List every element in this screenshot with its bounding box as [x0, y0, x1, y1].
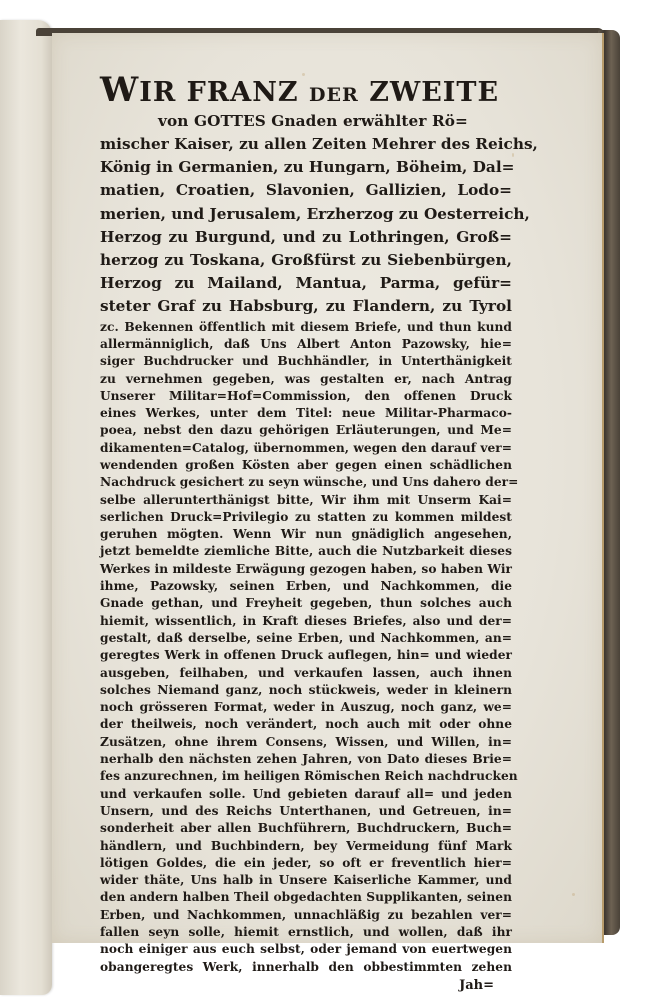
body-line: fallen seyn solle, hiemit ernstlich, und…	[100, 924, 512, 941]
title-line: Herzog zu Mailand, Mantua, Parma, gefür=	[100, 272, 512, 295]
heading-word: DER	[309, 84, 359, 106]
body-line: wider thäte, Uns halb in Unsere Kaiserli…	[100, 872, 512, 889]
title-line: König in Germanien, zu Hungarn, Böheim, …	[100, 156, 512, 179]
body-line: noch einiger aus euch selbst, oder jeman…	[100, 941, 512, 958]
body-line: der theilweis, noch verändert, noch auch…	[100, 716, 512, 733]
heading-word: FRANZ	[187, 77, 299, 108]
body-line: allermänniglich, daß Uns Albert Anton Pa…	[100, 336, 512, 353]
title-line: merien, und Jerusalem, Erzherzog zu Oest…	[100, 203, 512, 226]
body-line: nerhalb den nächsten zehen Jahren, von D…	[100, 751, 512, 768]
body-line: Werkes in mildeste Erwägung gezogen habe…	[100, 561, 512, 578]
body-line: und verkaufen solle. Und gebieten darauf…	[100, 786, 512, 803]
body-line: Zusätzen, ohne ihrem Consens, Wissen, un…	[100, 734, 512, 751]
body-line: geregtes Werk in offenen Druck auflegen,…	[100, 647, 512, 664]
body-line: zu vernehmen gegeben, was gestalten er, …	[100, 371, 512, 388]
body-line: jetzt bemeldte ziemliche Bitte, auch die…	[100, 543, 512, 560]
body-line: händlern, und Buchbindern, bey Vermeidun…	[100, 838, 512, 855]
body-line: Erben, und Nachkommen, unnachläßig zu be…	[100, 907, 512, 924]
heading-word: IR	[139, 77, 176, 108]
facing-page-edge	[0, 20, 52, 995]
subheading-line: von GOTTES Gnaden erwählter Rö=	[100, 110, 512, 133]
body-line: serlichen Druck=Privilegio zu statten zu…	[100, 509, 512, 526]
body-line: wendenden großen Kösten aber gegen einen…	[100, 457, 512, 474]
body-line: den andern halben Theil obgedachten Supp…	[100, 889, 512, 906]
body-line: gestalt, daß derselbe, seine Erben, und …	[100, 630, 512, 647]
body-line: Gnade gethan, und Freyheit gegeben, thun…	[100, 595, 512, 612]
body-line: hiemit, wissentlich, in Kraft dieses Bri…	[100, 613, 512, 630]
title-line: mischer Kaiser, zu allen Zeiten Mehrer d…	[100, 133, 512, 156]
heading-word: ZWEITE	[369, 77, 499, 108]
title-line: Herzog zu Burgund, und zu Lothringen, Gr…	[100, 226, 512, 249]
heading-initial: W	[100, 70, 139, 110]
title-line: herzog zu Toskana, Großfürst zu Siebenbü…	[100, 249, 512, 272]
body-line: solches Niemand ganz, noch stückweis, we…	[100, 682, 512, 699]
foxing-spot	[572, 893, 575, 896]
body-line: Unsern, und des Reichs Unterthanen, und …	[100, 803, 512, 820]
body-line: dikamenten=Catalog, übernommen, wegen de…	[100, 440, 512, 457]
body-line: obangeregtes Werk, innerhalb den obbesti…	[100, 959, 512, 976]
body-line: lötigen Goldes, die ein jeder, so oft er…	[100, 855, 512, 872]
body-line: fes anzurechnen, im heiligen Römischen R…	[100, 768, 512, 785]
body-line: noch grösseren Format, weder in Auszug, …	[100, 699, 512, 716]
printed-text: WIR FRANZ DER ZWEITE von GOTTES Gnaden e…	[100, 75, 512, 993]
title-line: steter Graf zu Habsburg, zu Flandern, zu…	[100, 295, 512, 318]
body-line: geruhen mögten. Wenn Wir nun gnädiglich …	[100, 526, 512, 543]
body-line: ihme, Pazowsky, seinen Erben, und Nachko…	[100, 578, 512, 595]
foxing-spot	[512, 153, 514, 157]
body-line: siger Buchdrucker und Buchhändler, in Un…	[100, 353, 512, 370]
body-line: zc. Bekennen öffentlich mit diesem Brief…	[100, 319, 512, 336]
body-line: Nachdruck gesichert zu seyn wünsche, und…	[100, 474, 512, 491]
catchword: Jah=	[100, 978, 512, 993]
title-line: matien, Croatien, Slavonien, Gallizien, …	[100, 179, 512, 202]
body-line: selbe allerunterthänigst bitte, Wir ihm …	[100, 492, 512, 509]
page-heading: WIR FRANZ DER ZWEITE	[100, 75, 512, 110]
body-line: sonderheit aber allen Buchführern, Buchd…	[100, 820, 512, 837]
body-line: ausgeben, feilhaben, und verkaufen lasse…	[100, 665, 512, 682]
body-line: eines Werkes, unter dem Titel: neue Mili…	[100, 405, 512, 422]
book-page: WIR FRANZ DER ZWEITE von GOTTES Gnaden e…	[52, 33, 604, 943]
body-line: poea, nebst den dazu gehörigen Erläuteru…	[100, 422, 512, 439]
body-line: Unserer Militar=Hof=Commission, den offe…	[100, 388, 512, 405]
